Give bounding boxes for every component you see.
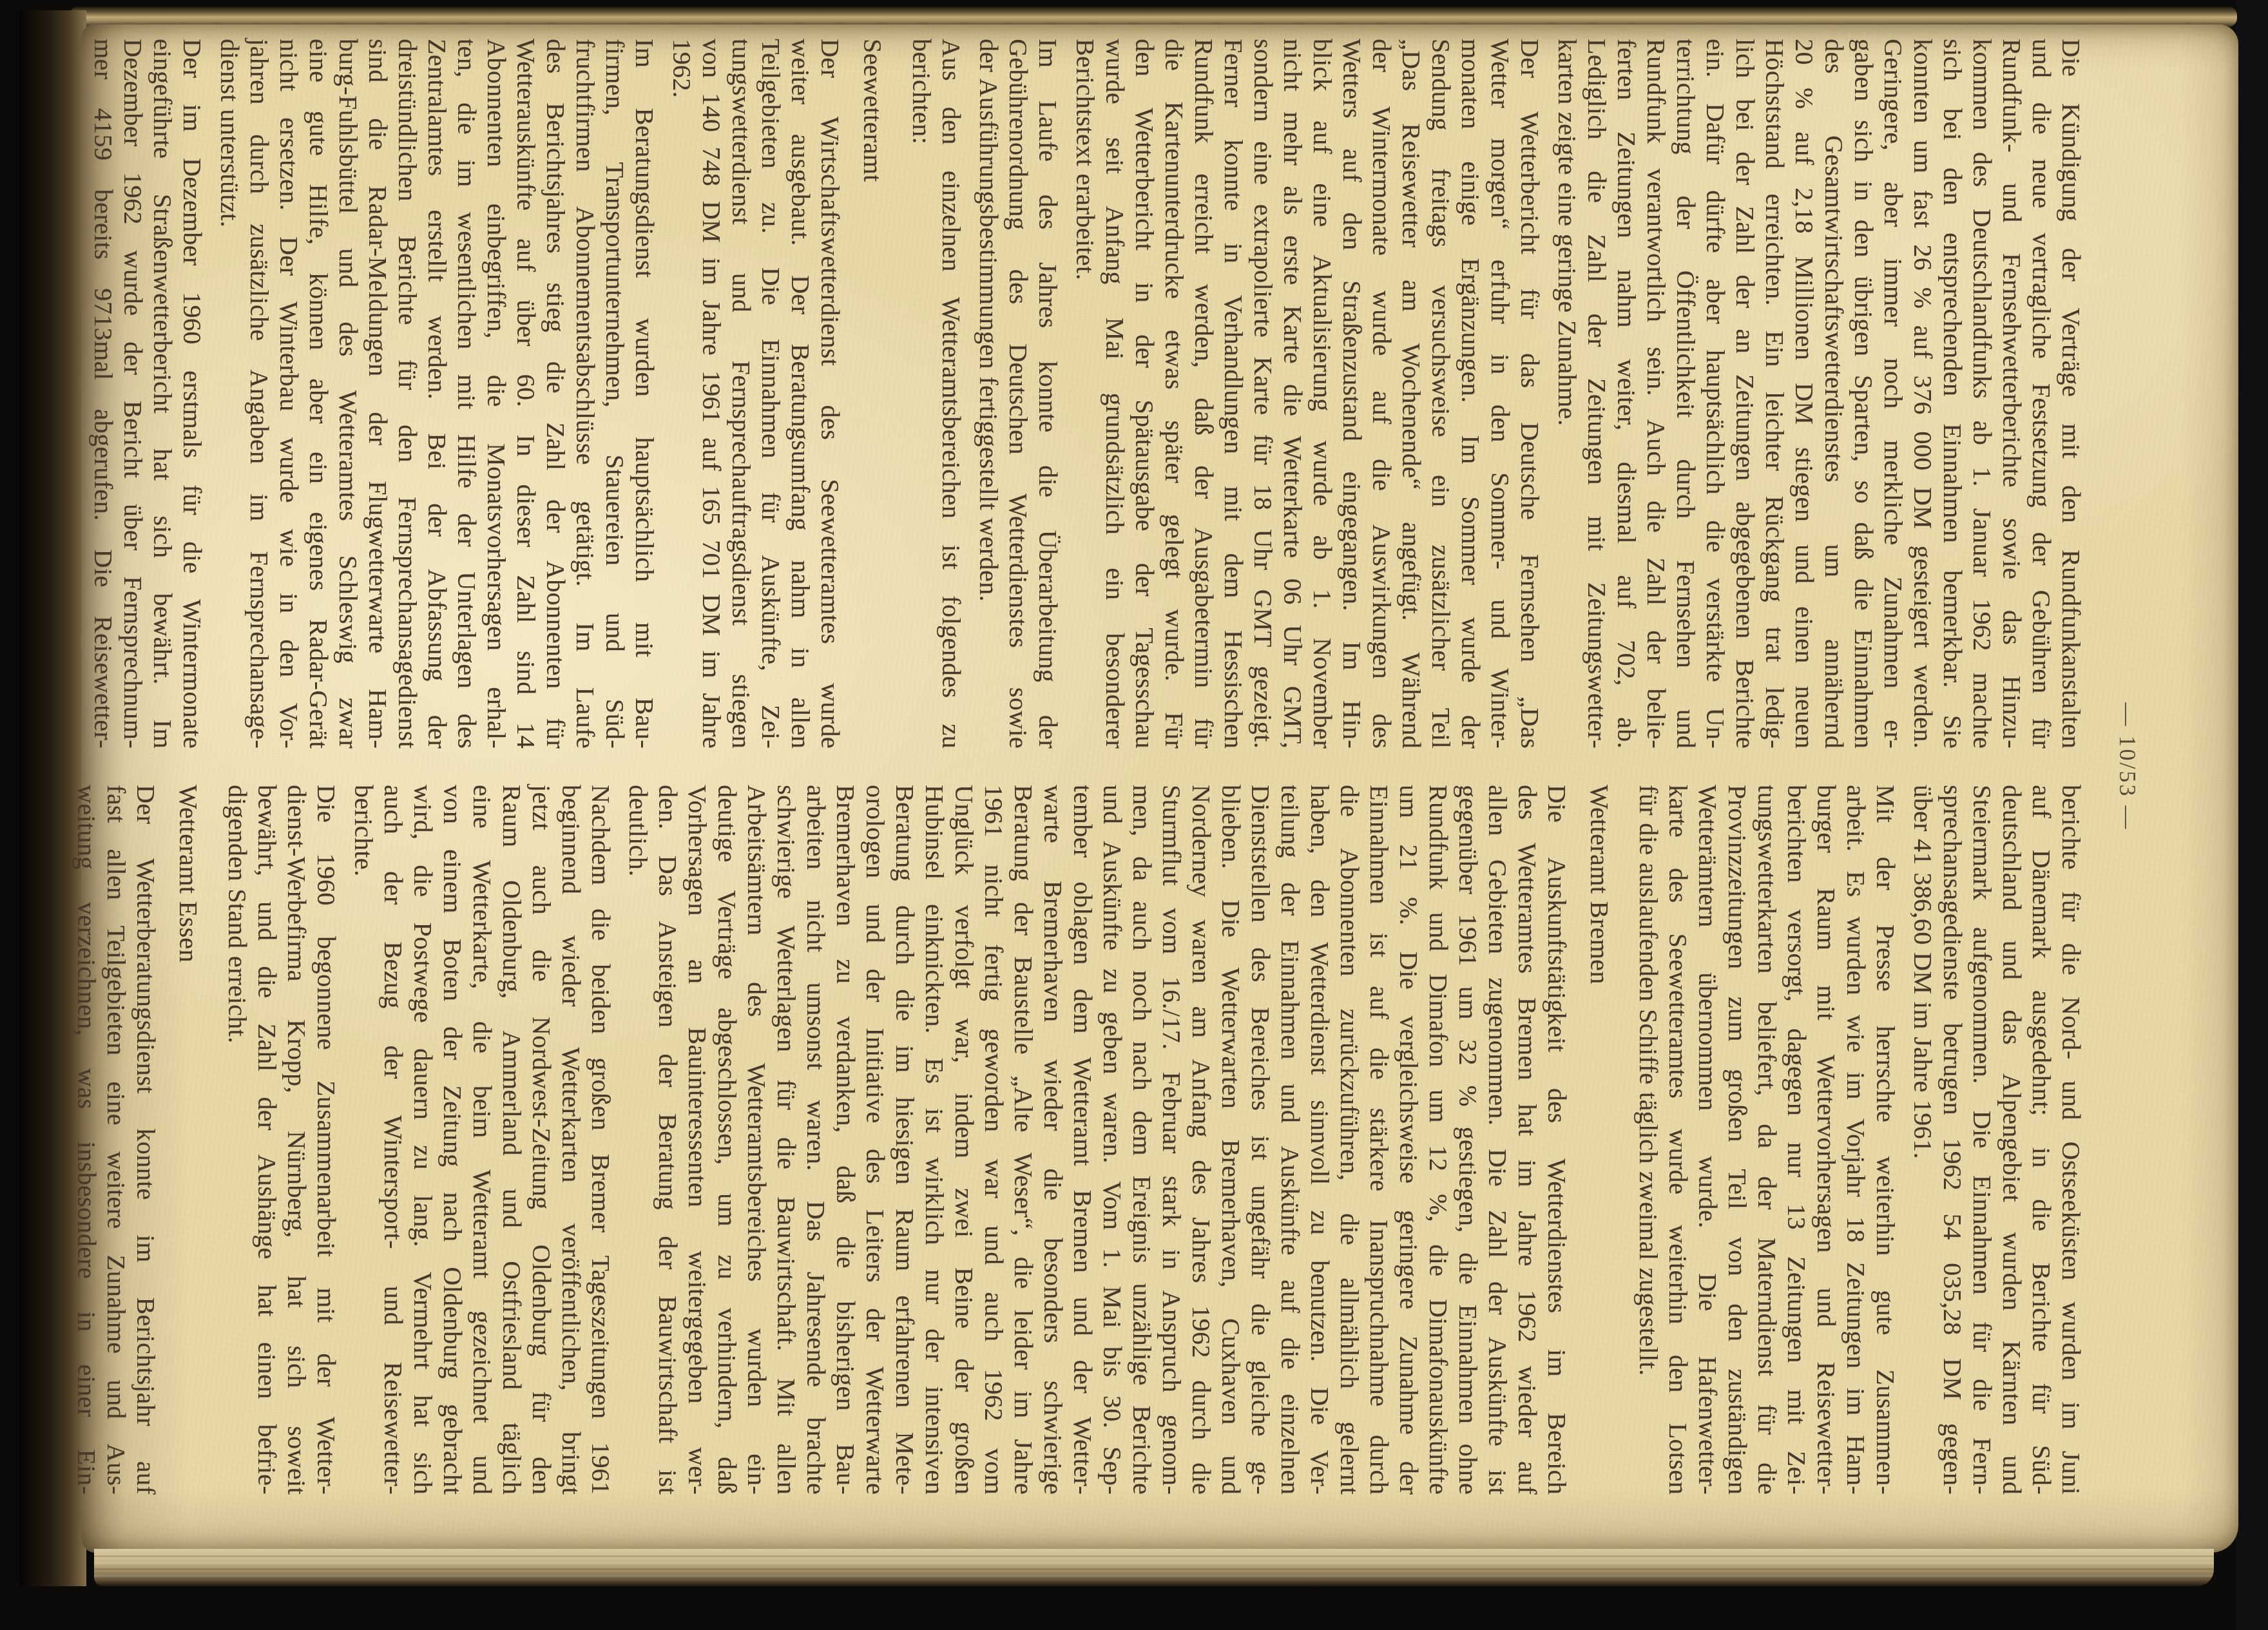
text-line: des Wetteramtes Bremen hat im Jahre 1962… [1512, 785, 1542, 1495]
text-line: jetzt auch die Nordwest-Zeitung Oldenbur… [526, 785, 556, 1495]
text-line: Sendung freitags versuchsweise ein zusät… [1426, 39, 1456, 749]
text-line: Geringere, aber immer noch merkliche Zun… [1878, 39, 1908, 749]
text-line: Rundfunk und Dimafon um 12 %, die Dimafo… [1423, 785, 1453, 1495]
text-line: haben, den Wetterdienst sinnvoll zu benu… [1305, 785, 1334, 1495]
text-line: dienst-Werbefirma Kropp, Nürnberg, hat s… [282, 785, 311, 1495]
page-number: — 10/53 — [2114, 39, 2141, 1495]
text-line: Hubinsel einknickten. Es ist wirklich nu… [919, 785, 949, 1495]
text-line: Lediglich die Zahl der Zeitungen mit Zei… [1582, 39, 1611, 749]
text-line: Abonnenten einbegriffen, die Monatsvorhe… [481, 39, 511, 749]
text-line: Ferner konnte in Verhandlungen mit dem H… [1218, 39, 1248, 749]
text-line: Im Laufe des Jahres konnte die Überarbei… [1033, 39, 1062, 749]
text-line: teilung der Einnahmen und Auskünfte auf … [1275, 785, 1305, 1495]
text-line: nicht ersetzen. Der Winterbau wurde wie … [274, 39, 303, 749]
text-line: jahren durch zusätzliche Angaben im Fern… [244, 39, 274, 749]
text-line: Wetterauskünfte auf über 60. In dieser Z… [511, 39, 541, 749]
text-line: fruchtfirmen Abonnementsabschlüsse getät… [570, 39, 600, 749]
text-line: dienst unterstützt. [215, 39, 244, 749]
paragraph: Der Wirtschaftswetterdienst des Seewette… [667, 39, 845, 749]
text-line: Dienststellen des Bereiches ist ungefähr… [1245, 785, 1275, 1495]
text-line: den Wetterbericht in der Spätausgabe der… [1129, 39, 1159, 749]
paragraph: Der Wetterbericht für das Deutsche Ferns… [1070, 39, 1544, 749]
text-line: Seewetteramt [858, 39, 887, 749]
text-line: der Ausführungsbestimmungen fertiggestel… [974, 39, 1003, 749]
text-line: Die Kündigung der Verträge mit den Rundf… [2056, 39, 2086, 749]
scanned-book-page: — 10/53 — Die Kündigung der Verträge mit… [0, 0, 2268, 1630]
text-line: auch der Bezug der Wintersport- und Reis… [378, 785, 408, 1495]
text-line: den. Das Ansteigen der Beratung der Bauw… [653, 785, 682, 1495]
text-line: 1961 nicht fertig geworden war und auch … [979, 785, 1008, 1495]
text-line: 1962. [667, 39, 697, 749]
text-line: Arbeitsämtern des Wetteramtsbereiches wu… [742, 785, 771, 1495]
paragraph: Mit der Presse herrschte weiterhin gute … [1633, 785, 1900, 1495]
text-line: Einnahmen ist auf die stärkere Inanspruc… [1364, 785, 1394, 1495]
text-line: burg-Fuhlsbüttel und des Wetteramtes Sch… [333, 39, 363, 749]
text-line: Im Beratungsdienst wurden hauptsächlich … [629, 39, 659, 749]
text-line: Berichtstext erarbeitet. [1070, 39, 1100, 749]
text-line: sind die Radar-Meldungen der Flugwetterw… [363, 39, 392, 749]
text-line: tungswetterdienst und Fernsprechauftrags… [726, 39, 756, 749]
text-line: auf Dänemark ausgedehnt; in die Berichte… [2026, 785, 2056, 1495]
text-line: Dezember 1962 wurde der Bericht über Fer… [118, 39, 148, 749]
text-line: bewährt, und die Zahl der Aushänge hat e… [252, 785, 282, 1495]
text-line: Bremerhaven zu verdanken, daß die bisher… [831, 785, 860, 1495]
text-line: schwierige Wetterlagen für die Bauwirtsc… [771, 785, 801, 1495]
text-line: für die auslaufenden Schiffe täglich zwe… [1633, 785, 1663, 1495]
text-line: Nachdem die beiden großen Bremer Tagesze… [586, 785, 615, 1495]
text-line: Aus den einzelnen Wetteramtsbereichen is… [936, 39, 966, 749]
scan-background [2236, 0, 2268, 1630]
paragraph: Die Kündigung der Verträge mit den Rundf… [1552, 39, 2086, 749]
text-line: ferten Zeitungen nahm weiter, diesmal au… [1611, 39, 1641, 749]
text-line: deutige Verträge abgeschlossen, um zu ve… [712, 785, 742, 1495]
text-line: Provinzzeitungen zum großen Teil von den… [1722, 785, 1752, 1495]
text-line: karten zeigte eine geringe Zunahme. [1552, 39, 1582, 749]
text-line: arbeiten nicht umsonst waren. Das Jahres… [801, 785, 831, 1495]
text-line: digenden Stand erreicht. [222, 785, 252, 1495]
text-line: firmen, Transportunternehmen, Stauereien… [600, 39, 629, 749]
text-line: Der Wetterberatungsdienst konnte im Beri… [131, 785, 160, 1495]
text-line: Rundfunk erreicht werden, daß der Ausgab… [1189, 39, 1218, 749]
text-line: lich bei der Zahl der an Zeitungen abgeg… [1730, 39, 1760, 749]
text-line: eingeführte Straßenwetterbericht hat sic… [148, 39, 177, 749]
paragraph: Nachdem die beiden großen Bremer Tagesze… [349, 785, 615, 1495]
paragraph: Im Beratungsdienst wurden hauptsächlich … [215, 39, 659, 749]
paragraph: Der im Dezember 1960 erstmals für die Wi… [88, 39, 207, 749]
text-line: orologen und der Initiative des Leiters … [860, 785, 890, 1495]
page-paper: — 10/53 — Die Kündigung der Verträge mit… [81, 24, 2238, 1553]
text-line: nicht mehr als erste Karte die Wetterkar… [1278, 39, 1307, 749]
text-line: berichte für die Nord- und Ostseeküsten … [2056, 785, 2086, 1495]
text-line: gaben sich in den übrigen Sparten, so da… [1849, 39, 1878, 749]
text-line: Beratung der Baustelle „Alte Weser“, die… [1008, 785, 1038, 1495]
text-columns: Die Kündigung der Verträge mit den Rundf… [64, 39, 2086, 1495]
section-heading: Seewetteramt [858, 39, 887, 749]
section-heading: Wetteramt Bremen [1584, 785, 1614, 1495]
text-line: des Berichtsjahres stieg die Zahl der Ab… [541, 39, 570, 749]
text-line: von 140 748 DM im Jahre 1961 auf 165 701… [697, 39, 726, 749]
text-line: Steiermark aufgenommen. Die Einnahmen fü… [1967, 785, 1997, 1495]
text-line: fast allen Teilgebieten eine weitere Zun… [101, 785, 131, 1495]
text-line: ten, die im wesentlichen mit Hilfe der U… [452, 39, 481, 749]
text-line: der Wintermonate wurde auf die Auswirkun… [1367, 39, 1396, 749]
text-line: Zentralamtes erstellt werden. Bei der Ab… [422, 39, 452, 749]
text-line: sondern eine extrapolierte Karte für 18 … [1248, 39, 1278, 749]
text-line: Wetterämtern übernommen wurde. Die Hafen… [1693, 785, 1722, 1495]
text-line: Wetters auf den Straßenzustand eingegang… [1337, 39, 1367, 749]
text-line: Unglück verfolgt war, indem zwei Beine d… [949, 785, 979, 1495]
text-line: beginnend wieder Wetterkarten veröffentl… [556, 785, 586, 1495]
text-line: Die Auskunftstätigkeit des Wetterdienste… [1542, 785, 1571, 1495]
text-line: men, da auch noch nach dem Ereignis unzä… [1127, 785, 1157, 1495]
text-line: über 41 386,60 DM im Jahre 1961. [1908, 785, 1937, 1495]
text-line: Wetteramt Essen [173, 785, 203, 1495]
text-line: burger Raum mit Wettervorhersagen und Re… [1811, 785, 1841, 1495]
text-line: Der Wirtschaftswetterdienst des Seewette… [815, 39, 845, 749]
text-line: eine gute Hilfe, können aber ein eigenes… [303, 39, 333, 749]
text-line: blieben. Die Wetterwarten Bremerhaven, C… [1216, 785, 1245, 1495]
text-line: Raum Oldenburg, Ammerland und Ostfriesla… [497, 785, 526, 1495]
text-line: die Abonnenten zurückzuführen, die allmä… [1334, 785, 1364, 1495]
text-line: berichten versorgt, dagegen nur 13 Zeitu… [1782, 785, 1811, 1495]
paragraph: Die Auskunftstätigkeit des Wetterdienste… [623, 785, 1571, 1495]
text-line: „Das Reisewetter am Wochenende“ angefügt… [1396, 39, 1426, 749]
text-line: ein. Dafür dürfte aber hauptsächlich die… [1700, 39, 1730, 749]
text-line: deutlich. [623, 785, 653, 1495]
text-line: Höchststand erreichten. Ein leichter Rüc… [1760, 39, 1789, 749]
page-stack-edge [94, 1549, 2214, 1586]
text-line: tungswetterkarten beliefert, da der Mate… [1752, 785, 1782, 1495]
text-line: berichte. [349, 785, 378, 1495]
text-line: mer 4159 bereits 9713mal abgerufen. Die … [88, 39, 118, 749]
text-column-2: berichte für die Nord- und Ostseeküsten … [64, 785, 2086, 1495]
text-line: Der Wetterbericht für das Deutsche Ferns… [1515, 39, 1544, 749]
text-line: terrichtung der Öffentlichkeit durch Fer… [1671, 39, 1700, 749]
text-line: karte des Seewetteramtes wurde weiterhin… [1663, 785, 1693, 1495]
text-line: Sturmflut vom 16./17. Februar stark in A… [1157, 785, 1186, 1495]
page-content-rotated: — 10/53 — Die Kündigung der Verträge mit… [29, 39, 2155, 1495]
text-line: Beratung durch die im hiesigen Raum erfa… [890, 785, 919, 1495]
text-line: gegenüber 1961 um 32 % gestiegen, die Ei… [1453, 785, 1483, 1495]
text-line: wurde seit Anfang Mai grundsätzlich ein … [1100, 39, 1129, 749]
text-line: Vorhersagen an Bauinteressenten weiterge… [682, 785, 712, 1495]
text-line: sprechansagedienste betrugen 1962 54 035… [1937, 785, 1967, 1495]
text-line: von einem Boten der Zeitung nach Oldenbu… [437, 785, 467, 1495]
text-line: des Gesamtwirtschaftswetterdienstes um a… [1819, 39, 1849, 749]
text-line: Wetter morgen“ erfuhr in den Sommer- und… [1485, 39, 1515, 749]
text-line: Mit der Presse herrschte weiterhin gute … [1870, 785, 1900, 1495]
paragraph: Die 1960 begonnene Zusammenarbeit mit de… [222, 785, 341, 1495]
text-line: tember oblagen dem Wetteramt Bremen und … [1068, 785, 1097, 1495]
text-line: sich bei den entsprechenden Einnahmen be… [1937, 39, 1967, 749]
text-line: Rundfunk verantwortlich sein. Auch die Z… [1641, 39, 1671, 749]
text-column-1: Die Kündigung der Verträge mit den Rundf… [64, 39, 2086, 749]
text-line: deutschland und das Alpengebiet wurden K… [1997, 785, 2026, 1495]
text-line: berichten: [907, 39, 936, 749]
text-line: eine Wetterkarte, die beim Wetteramt gez… [467, 785, 497, 1495]
text-line: weitung verzeichnen, was insbesondere in… [72, 785, 101, 1495]
paragraph: Aus den einzelnen Wetteramtsbereichen is… [907, 39, 966, 749]
text-line: und die neue vertragliche Festsetzung de… [2026, 39, 2056, 749]
text-line: um 21 %. Die vergleichsweise geringere Z… [1394, 785, 1423, 1495]
paragraph: Der Wetterberatungsdienst konnte im Beri… [72, 785, 160, 1495]
text-line: Der im Dezember 1960 erstmals für die Wi… [177, 39, 207, 749]
paragraph: berichte für die Nord- und Ostseeküsten … [1908, 785, 2086, 1495]
section-heading: Wetteramt Essen [173, 785, 203, 1495]
text-line: blick auf eine Aktualisierung wurde ab 1… [1307, 39, 1337, 749]
text-line: konnten um fast 26 % auf 376 000 DM gest… [1908, 39, 1937, 749]
text-line: Die 1960 begonnene Zusammenarbeit mit de… [311, 785, 341, 1495]
text-line: kommen des Deutschlandfunks ab 1. Januar… [1967, 39, 1997, 749]
text-line: wird, die Postwege dauern zu lang. Verme… [408, 785, 437, 1495]
text-line: Rundfunk- und Fernsehwetterberichte sowi… [1997, 39, 2026, 749]
text-line: dreistündlichen Berichte für den Fernspr… [392, 39, 422, 749]
paragraph: Im Laufe des Jahres konnte die Überarbei… [974, 39, 1062, 749]
text-line: arbeit. Es wurden wie im Vorjahr 18 Zeit… [1841, 785, 1870, 1495]
text-line: die Kartenunterdrucke etwas später geleg… [1159, 39, 1189, 749]
text-line: monaten einige Ergänzungen. Im Sommer wu… [1456, 39, 1485, 749]
text-line: und Auskünfte zu geben waren. Vom 1. Mai… [1097, 785, 1127, 1495]
text-line: Wetteramt Bremen [1584, 785, 1614, 1495]
text-line: Gebührenordnung des Deutschen Wetterdien… [1003, 39, 1033, 749]
text-line: 20 % auf 2,18 Millionen DM stiegen und e… [1789, 39, 1819, 749]
text-line: warte Bremerhaven wieder die besonders s… [1038, 785, 1068, 1495]
text-line: allen Gebieten zugenommen. Die Zahl der … [1483, 785, 1512, 1495]
text-line: Norderney waren am Anfang des Jahres 196… [1186, 785, 1216, 1495]
text-line: Teilgebieten zu. Die Einnahmen für Auskü… [756, 39, 785, 749]
text-line: weiter ausgebaut. Der Beratungsumfang na… [785, 39, 815, 749]
